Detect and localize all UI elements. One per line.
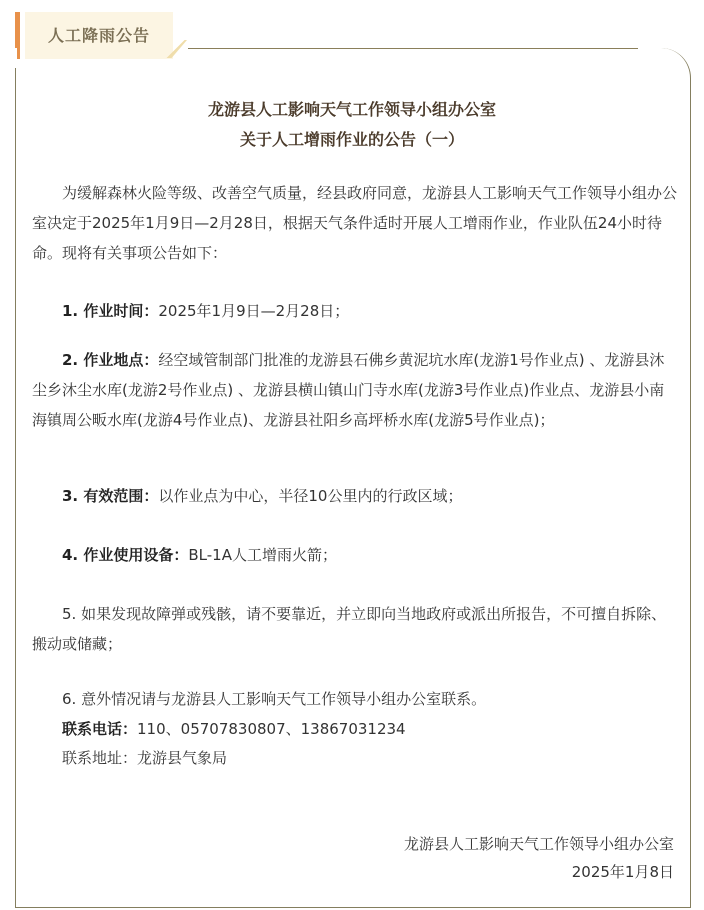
- contact-phone-value: 110、05707830807、13867031234: [137, 720, 406, 738]
- document-title-line1: 龙游县人工影响天气工作领导小组办公室: [0, 97, 704, 120]
- item-3: 3. 有效范围：以作业点为中心，半径10公里内的行政区域；: [32, 481, 677, 511]
- contact-phone: 联系电话：110、05707830807、13867031234: [32, 714, 677, 744]
- item-label: 1. 作业时间：: [62, 302, 158, 320]
- signature-date: 2025年1月8日: [572, 861, 674, 882]
- item-label: 4. 作业使用设备：: [62, 546, 188, 564]
- document-frame: [15, 48, 691, 908]
- item-text: 2025年1月9日—2月28日；: [158, 302, 349, 320]
- contact-address: 联系地址：龙游县气象局: [32, 743, 677, 773]
- item-text: BL-1A人工增雨火箭；: [188, 546, 337, 564]
- item-label: 3. 有效范围：: [62, 487, 158, 505]
- document-title-line2: 关于人工增雨作业的公告（一）: [0, 127, 704, 150]
- item-label: 2. 作业地点：: [62, 351, 158, 369]
- item-6: 6. 意外情况请与龙游县人工影响天气工作领导小组办公室联系。: [32, 684, 677, 714]
- intro-paragraph: 为缓解森林火险等级、改善空气质量，经县政府同意，龙游县人工影响天气工作领导小组办…: [32, 178, 677, 268]
- item-2: 2. 作业地点：经空域管制部门批准的龙游县石佛乡黄泥坑水库(龙游1号作业点) 、…: [32, 345, 677, 435]
- item-text: 6. 意外情况请与龙游县人工影响天气工作领导小组办公室联系。: [62, 690, 486, 708]
- item-text: 5. 如果发现故障弹或残骸，请不要靠近，并立即向当地政府或派出所报告，不可擅自拆…: [32, 605, 666, 653]
- item-1: 1. 作业时间：2025年1月9日—2月28日；: [32, 296, 677, 326]
- frame-gap: [15, 48, 17, 68]
- contact-phone-label: 联系电话：: [62, 720, 137, 738]
- item-text: 以作业点为中心，半径10公里内的行政区域；: [158, 487, 462, 505]
- item-5: 5. 如果发现故障弹或残骸，请不要靠近，并立即向当地政府或派出所报告，不可擅自拆…: [32, 599, 677, 659]
- signature-org: 龙游县人工影响天气工作领导小组办公室: [404, 833, 674, 854]
- item-4: 4. 作业使用设备：BL-1A人工增雨火箭；: [32, 540, 677, 570]
